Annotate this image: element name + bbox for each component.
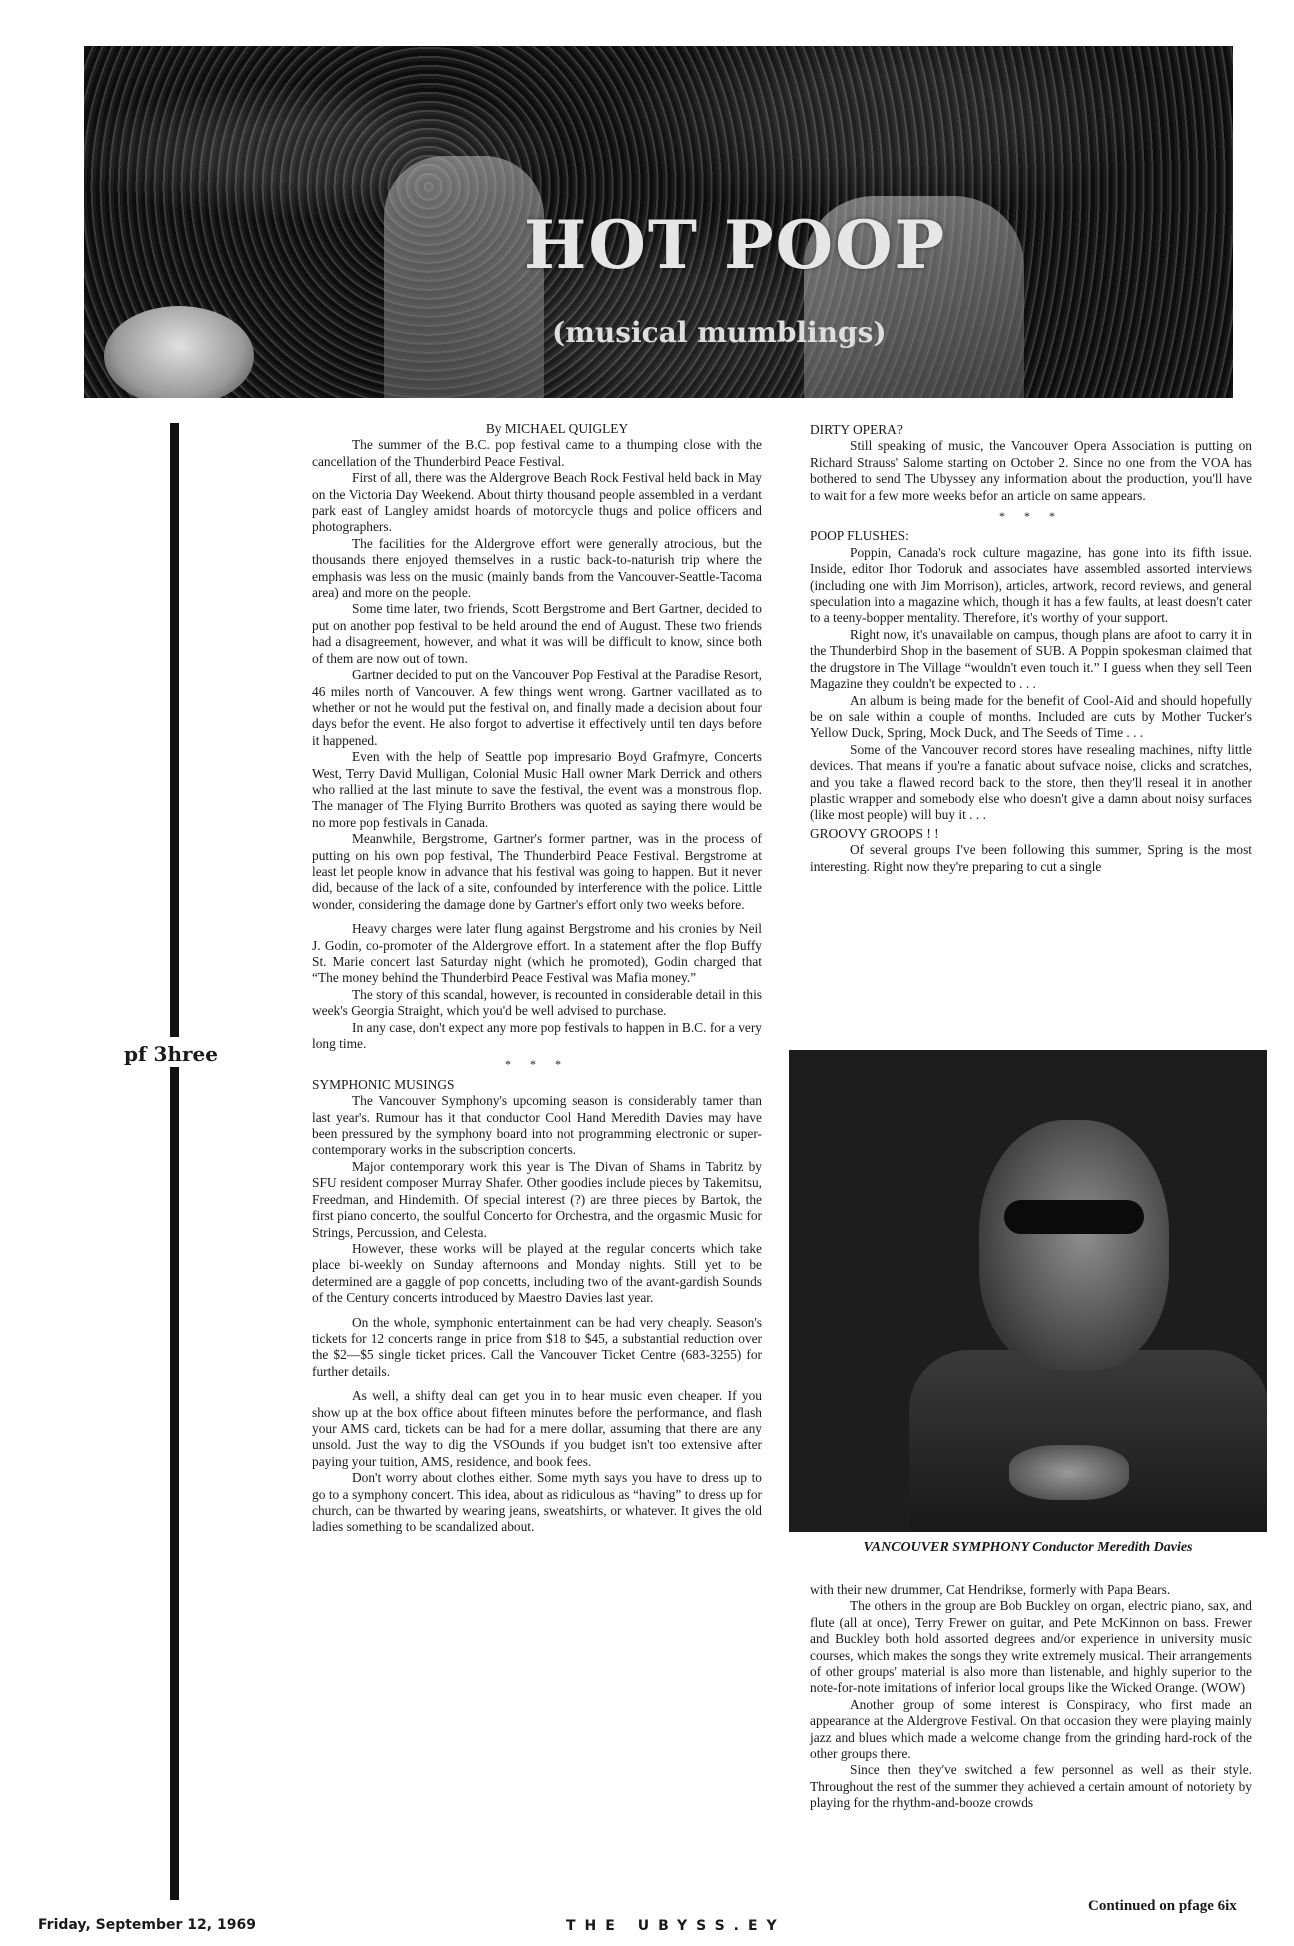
- paragraph: Meanwhile, Bergstrome, Gartner's former …: [312, 831, 762, 913]
- page-subtitle: (musical mumblings): [552, 316, 887, 349]
- paragraph: Right now, it's unavailable on campus, t…: [810, 627, 1252, 693]
- paragraph: Of several groups I've been following th…: [810, 842, 1252, 875]
- caption-text: Conductor Meredith Davies: [1029, 1540, 1193, 1555]
- header-photo: HOT POOP (musical mumblings): [84, 46, 1233, 398]
- paragraph: In any case, don't expect any more pop f…: [312, 1020, 762, 1053]
- paragraph: Since then they've switched a few person…: [810, 1762, 1252, 1811]
- paragraph: The facilities for the Aldergrove effort…: [312, 536, 762, 602]
- conductor-face: [979, 1120, 1169, 1370]
- paragraph: First of all, there was the Aldergrove B…: [312, 470, 762, 536]
- paragraph: An album is being made for the benefit o…: [810, 693, 1252, 742]
- performer-figure: [384, 156, 544, 398]
- paragraph: Don't worry about clothes either. Some m…: [312, 1470, 762, 1536]
- byline: By MICHAEL QUIGLEY: [352, 421, 762, 437]
- section-label: pf 3hree: [120, 1040, 222, 1068]
- paragraph: Even with the help of Seattle pop impres…: [312, 749, 762, 831]
- section-heading: POOP FLUSHES:: [810, 528, 1252, 544]
- paragraph: Some of the Vancouver record stores have…: [810, 742, 1252, 824]
- section-heading: GROOVY GROOPS ! !: [810, 826, 1252, 842]
- paragraph: The story of this scandal, however, is r…: [312, 987, 762, 1020]
- conductor-hand: [1009, 1445, 1129, 1500]
- paragraph: However, these works will be played at t…: [312, 1241, 762, 1307]
- section-heading: DIRTY OPERA?: [810, 422, 1252, 438]
- right-column: DIRTY OPERA? Still speaking of music, th…: [810, 420, 1252, 875]
- right-column-continued: with their new drummer, Cat Hendrikse, f…: [810, 1582, 1252, 1812]
- paragraph: Major contemporary work this year is The…: [312, 1159, 762, 1241]
- paragraph: As well, a shifty deal can get you in to…: [312, 1388, 762, 1470]
- conductor-photo: [789, 1050, 1267, 1532]
- paragraph: Gartner decided to put on the Vancouver …: [312, 667, 762, 749]
- section-heading: SYMPHONIC MUSINGS: [312, 1077, 762, 1093]
- separator: * * *: [810, 508, 1252, 524]
- sunglasses: [1004, 1200, 1144, 1234]
- conductor-body: [909, 1350, 1267, 1532]
- page-title: HOT POOP: [524, 206, 946, 284]
- paragraph: Poppin, Canada's rock culture magazine, …: [810, 545, 1252, 627]
- paragraph: with their new drummer, Cat Hendrikse, f…: [810, 1582, 1252, 1598]
- drum-image: [104, 306, 254, 398]
- vertical-rule: [170, 1067, 179, 1900]
- photo-caption: VANCOUVER SYMPHONY Conductor Meredith Da…: [789, 1540, 1267, 1556]
- issue-date: Friday, September 12, 1969: [38, 1917, 256, 1933]
- caption-bold: VANCOUVER SYMPHONY: [863, 1540, 1028, 1555]
- paragraph: Heavy charges were later flung against B…: [312, 921, 762, 987]
- continued-link: Continued on pfage 6ix: [1088, 1898, 1237, 1915]
- paragraph: Some time later, two friends, Scott Berg…: [312, 601, 762, 667]
- separator: * * *: [312, 1056, 762, 1072]
- paper-name: THE UBYSS.EY: [566, 1918, 786, 1934]
- paragraph: The summer of the B.C. pop festival came…: [312, 437, 762, 470]
- paragraph: On the whole, symphonic entertainment ca…: [312, 1315, 762, 1381]
- paragraph: Another group of some interest is Conspi…: [810, 1697, 1252, 1763]
- paragraph: The others in the group are Bob Buckley …: [810, 1598, 1252, 1696]
- vertical-rule: [170, 423, 179, 1037]
- paragraph: Still speaking of music, the Vancouver O…: [810, 438, 1252, 504]
- left-column: By MICHAEL QUIGLEY The summer of the B.C…: [312, 421, 762, 1536]
- paragraph: The Vancouver Symphony's upcoming season…: [312, 1093, 762, 1159]
